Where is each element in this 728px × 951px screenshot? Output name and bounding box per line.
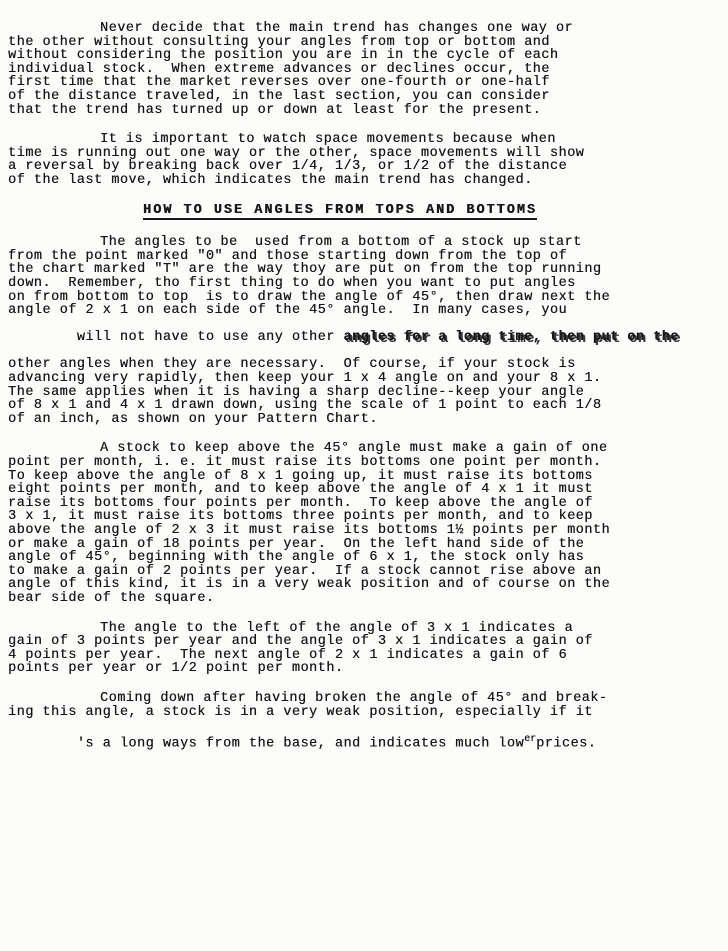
overstrike-prefix: will not have to use any other [77, 330, 344, 345]
paragraph-5: The angle to the left of the angle of 3 … [8, 622, 722, 676]
overstrike-ghost-text: angles for a long time, then put on the [345, 333, 680, 347]
text-line-overstruck: will not have to use any other angles fo… [8, 318, 722, 359]
text-line: first time that the market reverses over… [8, 76, 722, 90]
line-text-end: prices. [536, 736, 596, 751]
paragraph-2: It is important to watch space movements… [8, 133, 722, 187]
text-line: angle of this kind, it is in a very weak… [8, 578, 722, 592]
text-line: from the point marked "0" and those star… [8, 250, 722, 264]
text-line: point per month, i. e. it must raise its… [8, 456, 722, 470]
text-line: of the last move, which indicates the ma… [8, 174, 722, 188]
text-line: Coming down after having broken the angl… [8, 692, 722, 706]
text-line: The same applies when it is having a sha… [8, 386, 722, 400]
text-line: above the angle of 2 x 3 it must raise i… [8, 524, 722, 538]
text-line: the other without consulting your angles… [8, 36, 722, 50]
line-text-start: 's a long ways from the base, and indica… [77, 736, 524, 751]
overstrike-segment: angles for a long time, then put on thea… [343, 331, 678, 345]
text-line: advancing very rapidly, then keep your 1… [8, 372, 722, 386]
superscript-correction: er [524, 734, 536, 745]
paragraph-4: A stock to keep above the 45° angle must… [8, 442, 722, 605]
text-line: of 8 x 1 and 4 x 1 drawn down, using the… [8, 399, 722, 413]
section-heading-text: HOW TO USE ANGLES FROM TOPS AND BOTTOMS [143, 204, 537, 221]
text-line: that the trend has turned up or down at … [8, 104, 722, 118]
text-line: to make a gain of 2 points per year. If … [8, 565, 722, 579]
text-line: without considering the position you are… [8, 49, 722, 63]
text-line: raise its bottoms four points per month.… [8, 497, 722, 511]
page-content: Never decide that the main trend has cha… [0, 0, 728, 764]
text-line: the chart marked "T" are the way thoy ar… [8, 263, 722, 277]
text-line: individual stock. When extreme advances … [8, 63, 722, 77]
paragraph-6: Coming down after having broken the angl… [8, 692, 722, 764]
text-line: down. Remember, tho first thing to do wh… [8, 277, 722, 291]
text-line: or make a gain of 18 points per year. On… [8, 538, 722, 552]
section-heading: HOW TO USE ANGLES FROM TOPS AND BOTTOMS [8, 204, 722, 221]
text-line: of an inch, as shown on your Pattern Cha… [8, 413, 722, 427]
text-line: on from bottom to top is to draw the ang… [8, 291, 722, 305]
text-line: points per year or 1/2 point per month. [8, 662, 722, 676]
text-line: A stock to keep above the 45° angle must… [8, 442, 722, 456]
paragraph-1: Never decide that the main trend has cha… [8, 22, 722, 117]
text-line: ing this angle, a stock is in a very wea… [8, 706, 722, 720]
paragraph-3: The angles to be used from a bottom of a… [8, 236, 722, 426]
text-line: angle of 45°, beginning with the angle o… [8, 551, 722, 565]
text-line: other angles when they are necessary. Of… [8, 358, 722, 372]
text-line: It is important to watch space movements… [8, 133, 722, 147]
text-line: eight points per month, and to keep abov… [8, 483, 722, 497]
text-line: The angle to the left of the angle of 3 … [8, 622, 722, 636]
text-line-superscript: 's a long ways from the base, and indica… [8, 719, 722, 764]
text-line: To keep above the angle of 8 x 1 going u… [8, 470, 722, 484]
text-line: bear side of the square. [8, 592, 722, 606]
text-line: 3 x 1, it must raise its bottoms three p… [8, 510, 722, 524]
text-line: The angles to be used from a bottom of a… [8, 236, 722, 250]
text-line: Never decide that the main trend has cha… [8, 22, 722, 36]
text-line: of the distance traveled, in the last se… [8, 90, 722, 104]
text-line: time is running out one way or the other… [8, 147, 722, 161]
text-line: gain of 3 points per year and the angle … [8, 635, 722, 649]
text-line: a reversal by breaking back over 1/4, 1/… [8, 160, 722, 174]
text-line: 4 points per year. The next angle of 2 x… [8, 649, 722, 663]
text-line: angle of 2 x 1 on each side of the 45° a… [8, 304, 722, 318]
document-page: Never decide that the main trend has cha… [0, 0, 728, 951]
